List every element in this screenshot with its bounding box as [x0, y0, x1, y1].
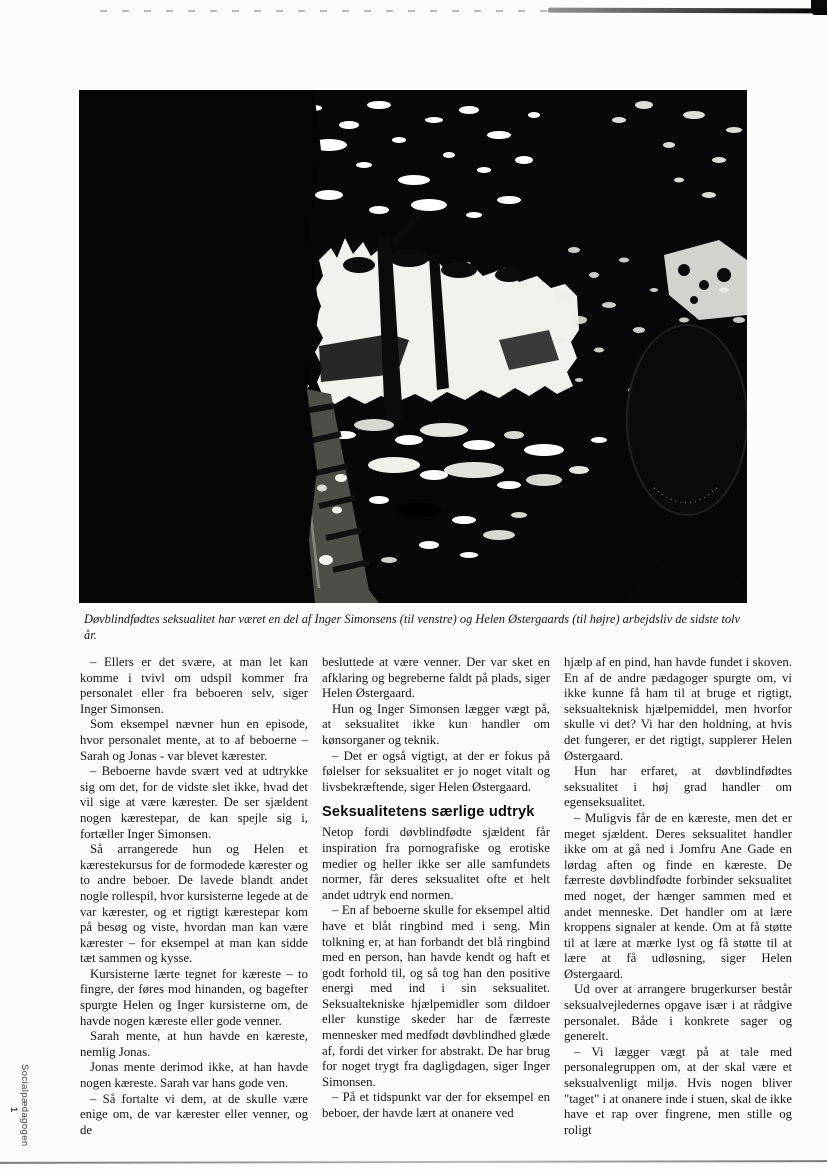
- article-body: – Ellers er det svære, at man let kan ko…: [80, 655, 792, 1145]
- scan-artifact-corner-mark: [811, 0, 827, 15]
- article-paragraph: Så arrangerede hun og Helen et kæresteku…: [80, 842, 308, 967]
- photo-caption: Døvblindfødtes seksualitet har været en …: [84, 612, 746, 643]
- article-column-3: hjælp af en pind, han havde fundet i sko…: [564, 655, 792, 1145]
- article-paragraph: – Det er også vigtigt, at der er fokus p…: [322, 749, 550, 796]
- article-paragraph: – På et tidspunkt var der for eksempel e…: [322, 1090, 550, 1121]
- article-paragraph: Kursisterne lærte tegnet for kæreste – t…: [80, 967, 308, 1029]
- article-paragraph: hjælp af en pind, han havde fundet i sko…: [564, 655, 792, 764]
- publication-name-vertical: Socialpædagogen: [19, 1064, 30, 1147]
- scan-artifact-top-dashes: [100, 10, 555, 12]
- article-paragraph: Som eksempel nævner hun en episode, hvor…: [80, 717, 308, 764]
- article-paragraph: Jonas mente derimod ikke, at han havde n…: [80, 1060, 308, 1091]
- article-paragraph: – Vi lægger vægt på at tale med personal…: [564, 1045, 792, 1139]
- article-paragraph: Ud over at arrangere brugerkurser består…: [564, 982, 792, 1044]
- section-heading: Seksualitetens særlige udtryk: [322, 804, 550, 820]
- publication-spine: Socialpædagogen 1: [8, 1044, 30, 1166]
- article-paragraph: Sarah mente, at hun havde en kæreste, ne…: [80, 1029, 308, 1060]
- article-paragraph: – Så fortalte vi dem, at de skulle være …: [80, 1092, 308, 1139]
- photo-left-silhouette: [79, 90, 321, 603]
- article-paragraph: – Beboerne havde svært ved at udtrykke s…: [80, 764, 308, 842]
- article-paragraph: Netop fordi døvblindfødte sjældent får i…: [322, 825, 550, 903]
- article-paragraph: Hun har erfaret, at døvblindfødtes seksu…: [564, 764, 792, 811]
- publication-spine-mark: 1: [8, 1107, 19, 1113]
- article-paragraph: – En af beboerne skulle for eksempel alt…: [322, 903, 550, 1090]
- magazine-page: Døvblindfødtes seksualitet har været en …: [0, 0, 827, 1169]
- article-column-1: – Ellers er det svære, at man let kan ko…: [80, 655, 308, 1145]
- article-column-2: besluttede at være venner. Der var sket …: [322, 655, 550, 1145]
- article-paragraph: besluttede at være venner. Der var sket …: [322, 655, 550, 702]
- article-paragraph: Hun og Inger Simonsen lægger vægt på, at…: [322, 702, 550, 749]
- photo-illustration: [79, 90, 747, 603]
- article-photo: [79, 90, 747, 603]
- article-paragraph: – Muligvis får de en kæreste, men det er…: [564, 811, 792, 983]
- scan-artifact-top-line: [548, 8, 812, 14]
- scan-artifact-bottom-line: [0, 1160, 827, 1164]
- article-paragraph: – Ellers er det svære, at man let kan ko…: [80, 655, 308, 717]
